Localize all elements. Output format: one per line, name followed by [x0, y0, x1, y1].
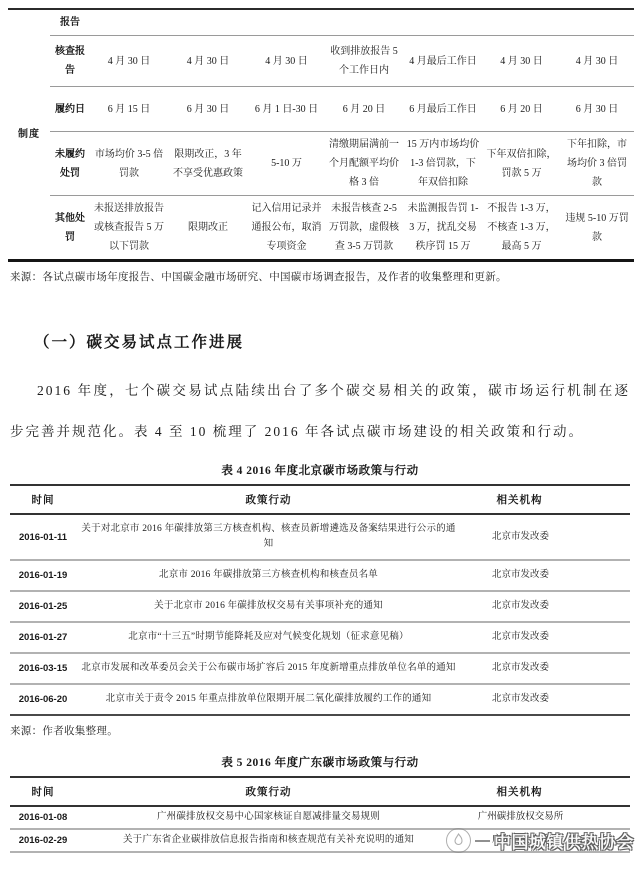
table-row: 2016-01-27 北京市“十三五”时期节能降耗及应对气候变化规划（征求意见稿…	[10, 622, 630, 653]
table-cell: 6 月 20 日	[483, 87, 560, 132]
table-cell: 6 月最后工作日	[403, 87, 483, 132]
table-row: 2016-01-08 广州碳排放权交易中心国家核证自愿减排量交易规则 广州碳排放…	[10, 806, 630, 829]
table-cell: 4 月最后工作日	[403, 36, 483, 87]
date-cell: 2016-01-27	[10, 622, 76, 653]
table4-title: 表 4 2016 年度北京碳市场政策与行动	[0, 462, 640, 478]
table5-title: 表 5 2016 年度广东碳市场政策与行动	[0, 754, 640, 770]
policy-cell: 北京市发展和改革委员会关于公布碳市场扩容后 2015 年度新增重点排放单位名单的…	[76, 653, 461, 684]
date-cell: 2016-01-11	[10, 514, 76, 560]
table-cell: 4 月 30 日	[168, 36, 248, 87]
policy-cell: 关于对北京市 2016 年碳排放第三方核查机构、核查员新增遴选及备案结果进行公示…	[76, 514, 461, 560]
policy-cell: 广州碳排放权交易中心国家核证自愿减排量交易规则	[76, 806, 461, 829]
date-cell: 2016-01-25	[10, 591, 76, 622]
date-cell: 2016-06-20	[10, 684, 76, 715]
policy-cell: 关于广东省企业碳排放信息报告指南和核查规范有关补充说明的通知	[76, 829, 461, 852]
table-cell: 未报送排放报告或核查报告 5 万以下罚款	[90, 196, 168, 261]
agency-cell: 广东省发改委	[461, 829, 630, 852]
agency-cell: 广州碳排放权交易所	[461, 806, 630, 829]
column-header-policy: 政策行动	[76, 485, 461, 514]
policy-cell: 北京市 2016 年碳排放第三方核查机构和核查员名单	[76, 560, 461, 591]
table-header-row: 时间 政策行动 相关机构	[10, 777, 630, 806]
agency-cell: 北京市发改委	[461, 591, 630, 622]
table-cell: 不报告 1-3 万，不核查 1-3 万，最高 5 万	[483, 196, 560, 261]
row-label: 其他处罚	[50, 196, 90, 261]
column-header-agency: 相关机构	[461, 777, 630, 806]
table-cell: 记入信用记录并通报公布，取消专项资金	[248, 196, 325, 261]
row-label: 核查报告	[50, 36, 90, 87]
table-cell: 违规 5-10 万罚款	[560, 196, 634, 261]
body-paragraph: 2016 年度，七个碳交易试点陆续出台了多个碳交易相关的政策，碳市场运行机制在逐…	[10, 370, 630, 452]
table-cell: 4 月 30 日	[483, 36, 560, 87]
table-cell: 未监测报告罚 1-3 万，扰乱交易秩序罚 15 万	[403, 196, 483, 261]
pilot-compliance-table: 制度 报告 核查报告 4 月 30 日 4 月 30 日 4 月 30 日 收到…	[8, 8, 634, 262]
table-header-row: 时间 政策行动 相关机构	[10, 485, 630, 514]
table-row: 未履约处罚 市场均价 3-5 倍罚款 限期改正，3 年不享受优惠政策 5-10 …	[8, 132, 634, 196]
table-cell: 6 月 30 日	[168, 87, 248, 132]
row-group-label: 制度	[8, 9, 50, 261]
row-label: 履约日	[50, 87, 90, 132]
table-row: 2016-06-20 北京市关于责令 2015 年重点排放单位限期开展二氧化碳排…	[10, 684, 630, 715]
row-label: 未履约处罚	[50, 132, 90, 196]
table-cell: 限期改正，3 年不享受优惠政策	[168, 132, 248, 196]
row-label: 报告	[50, 9, 90, 36]
agency-cell: 北京市发改委	[461, 560, 630, 591]
table-row: 其他处罚 未报送排放报告或核查报告 5 万以下罚款 限期改正 记入信用记录并通报…	[8, 196, 634, 261]
table5-guangdong-policies: 时间 政策行动 相关机构 2016-01-08 广州碳排放权交易中心国家核证自愿…	[10, 776, 630, 853]
policy-cell: 北京市“十三五”时期节能降耗及应对气候变化规划（征求意见稿）	[76, 622, 461, 653]
table4-beijing-policies: 时间 政策行动 相关机构 2016-01-11 关于对北京市 2016 年碳排放…	[10, 484, 630, 716]
table-cell: 4 月 30 日	[560, 36, 634, 87]
column-header-policy: 政策行动	[76, 777, 461, 806]
table-row: 制度 报告	[8, 9, 634, 36]
table4-source: 来源：作者收集整理。	[10, 723, 640, 738]
column-header-agency: 相关机构	[461, 485, 630, 514]
empty-cells	[90, 9, 634, 36]
agency-cell: 北京市发改委	[461, 622, 630, 653]
table-row: 核查报告 4 月 30 日 4 月 30 日 4 月 30 日 收到排放报告 5…	[8, 36, 634, 87]
date-cell: 2016-03-15	[10, 653, 76, 684]
table-row: 2016-01-11 关于对北京市 2016 年碳排放第三方核查机构、核查员新增…	[10, 514, 630, 560]
table-cell: 4 月 30 日	[90, 36, 168, 87]
table-cell: 6 月 30 日	[560, 87, 634, 132]
table-row: 2016-03-15 北京市发展和改革委员会关于公布碳市场扩容后 2015 年度…	[10, 653, 630, 684]
column-header-time: 时间	[10, 777, 76, 806]
date-cell: 2016-01-08	[10, 806, 76, 829]
table-row: 2016-02-29 关于广东省企业碳排放信息报告指南和核查规范有关补充说明的通…	[10, 829, 630, 852]
document-page: 制度 报告 核查报告 4 月 30 日 4 月 30 日 4 月 30 日 收到…	[0, 0, 640, 877]
table-row: 履约日 6 月 15 日 6 月 30 日 6 月 1 日-30 日 6 月 2…	[8, 87, 634, 132]
top-table-source: 来源：各试点碳市场年度报告、中国碳金融市场研究、中国碳市场调查报告，及作者的收集…	[10, 269, 640, 284]
table-row: 2016-01-19 北京市 2016 年碳排放第三方核查机构和核查员名单 北京…	[10, 560, 630, 591]
section-heading: （一）碳交易试点工作进展	[34, 330, 640, 352]
table-row: 2016-01-25 关于北京市 2016 年碳排放权交易有关事项补充的通知 北…	[10, 591, 630, 622]
table-cell: 下年扣除，市场均价 3 倍罚款	[560, 132, 634, 196]
agency-cell: 北京市发改委	[461, 684, 630, 715]
agency-cell: 北京市发改委	[461, 514, 630, 560]
column-header-time: 时间	[10, 485, 76, 514]
table-cell: 市场均价 3-5 倍罚款	[90, 132, 168, 196]
agency-cell: 北京市发改委	[461, 653, 630, 684]
date-cell: 2016-02-29	[10, 829, 76, 852]
table-cell: 6 月 1 日-30 日	[248, 87, 325, 132]
table-cell: 下年双倍扣除，罚款 5 万	[483, 132, 560, 196]
table-cell: 5-10 万	[248, 132, 325, 196]
table-cell: 6 月 20 日	[325, 87, 403, 132]
table-cell: 4 月 30 日	[248, 36, 325, 87]
date-cell: 2016-01-19	[10, 560, 76, 591]
table-cell: 收到排放报告 5 个工作日内	[325, 36, 403, 87]
table-cell: 15 万内市场均价 1-3 倍罚款，下年双倍扣除	[403, 132, 483, 196]
table-cell: 限期改正	[168, 196, 248, 261]
policy-cell: 北京市关于责令 2015 年重点排放单位限期开展二氧化碳排放履约工作的通知	[76, 684, 461, 715]
table-cell: 未报告核查 2-5 万罚款，虚假核查 3-5 万罚款	[325, 196, 403, 261]
table-cell: 6 月 15 日	[90, 87, 168, 132]
table-cell: 清缴期届满前一个月配额平均价格 3 倍	[325, 132, 403, 196]
policy-cell: 关于北京市 2016 年碳排放权交易有关事项补充的通知	[76, 591, 461, 622]
